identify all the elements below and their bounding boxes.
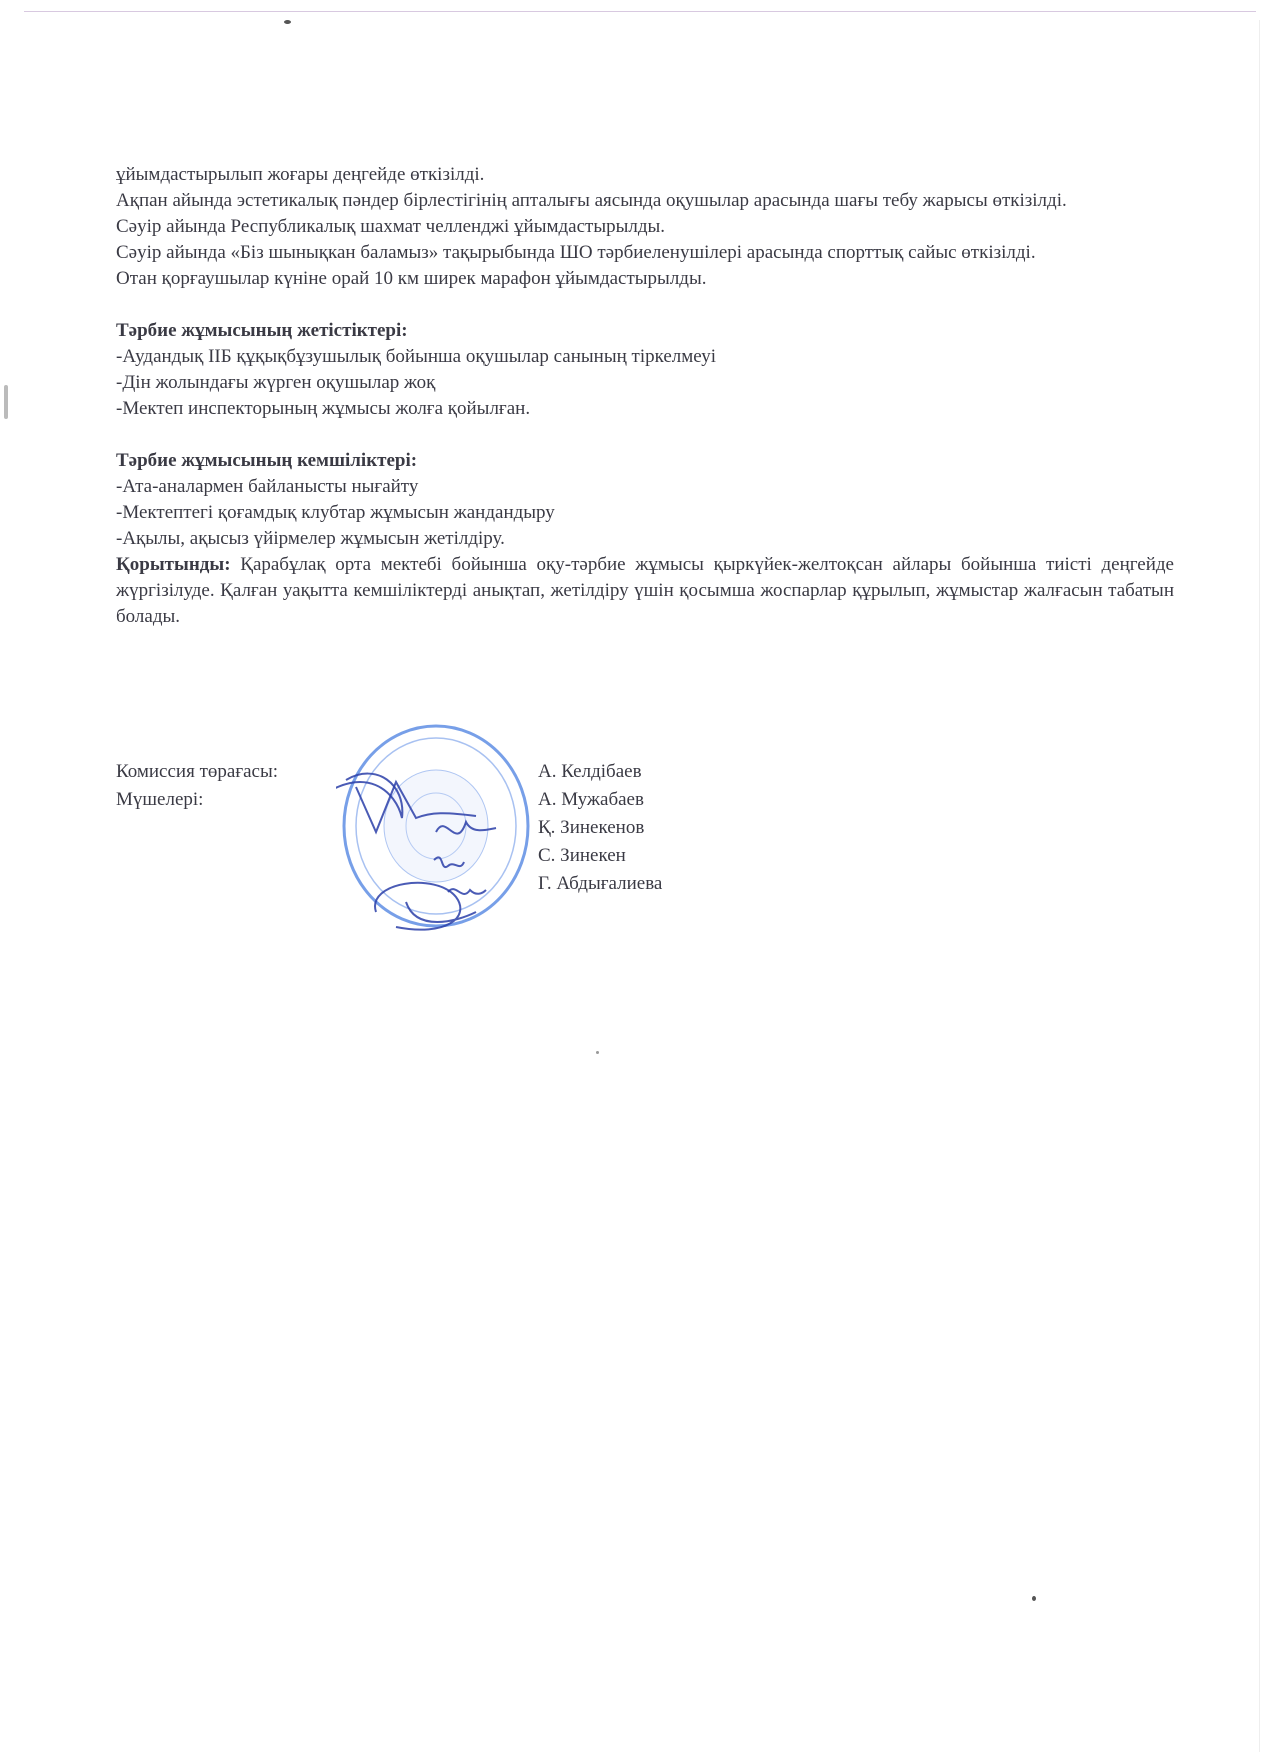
conclusion-text: Қарабұлақ орта мектебі бойынша оқу-тәрби… [116, 554, 1174, 627]
scan-speck [1032, 1596, 1036, 1601]
signatory-name: А. Келдібаев [538, 758, 642, 786]
scan-speck [596, 1051, 599, 1054]
achievement-item: -Дін жолындағы жүрген оқушылар жоқ [116, 370, 1174, 396]
shortcoming-item: -Ақылы, ақысыз үйірмелер жұмысын жетілді… [116, 526, 1174, 552]
achievements-heading: Тәрбие жұмысының жетістіктері: [116, 318, 1174, 344]
achievement-item: -Аудандық ІІБ құқықбұзушылық бойынша оқу… [116, 344, 1174, 370]
paragraph: Ақпан айында эстетикалық пәндер бірлесті… [116, 188, 1174, 214]
shortcoming-item: -Мектептегі қоғамдық клубтар жұмысын жан… [116, 500, 1174, 526]
paragraph: Сәуір айында «Біз шынықкан баламыз» тақы… [116, 240, 1174, 266]
signatory-name: Г. Абдығалиева [538, 870, 662, 898]
paragraph: ұйымдастырылып жоғары деңгейде өткізілді… [116, 162, 1174, 188]
shortcomings-heading: Тәрбие жұмысының кемшіліктері: [116, 448, 1174, 474]
members-label: Мүшелері: [116, 786, 203, 814]
chair-label: Комиссия төрағасы: [116, 758, 278, 786]
scan-speck [4, 385, 8, 419]
document-body: ұйымдастырылып жоғары деңгейде өткізілді… [116, 162, 1174, 630]
paragraph: Сәуір айында Республикалық шахмат челлен… [116, 214, 1174, 240]
conclusion-paragraph: Қорытынды: Қарабұлақ орта мектебі бойынш… [116, 552, 1174, 630]
achievement-item: -Мектеп инспекторының жұмысы жолға қойыл… [116, 396, 1174, 422]
signature-block: Комиссия төрағасы: А. Келдібаев Мүшелері… [116, 758, 816, 898]
signatory-name: А. Мужабаев [538, 786, 644, 814]
page-edge [24, 11, 1256, 12]
page-edge [1259, 20, 1260, 1752]
signatory-name: Қ. Зинекенов [538, 814, 644, 842]
shortcoming-item: -Ата-аналармен байланысты нығайту [116, 474, 1174, 500]
signatory-name: С. Зинекен [538, 842, 626, 870]
conclusion-label: Қорытынды: [116, 554, 231, 575]
scan-speck [284, 20, 291, 24]
paragraph: Отан қорғаушылар күніне орай 10 км ширек… [116, 266, 1174, 292]
